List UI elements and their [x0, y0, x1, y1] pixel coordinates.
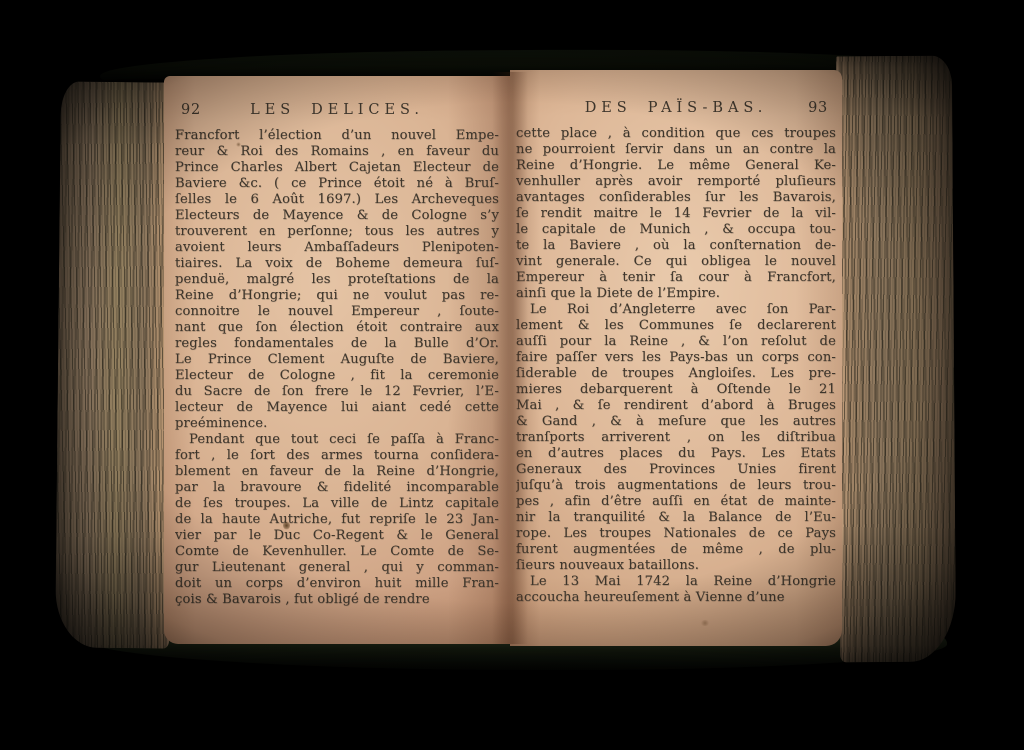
right-page-text: cette place , à condition que ces troupe…	[516, 126, 836, 606]
text-line: preéminence.	[175, 416, 499, 432]
text-line: venhuller après avoir remporté pluſieurs	[516, 174, 836, 190]
text-line: rope. Les troupes Nationales de ce Pays	[516, 526, 836, 542]
text-line: blement en faveur de la Reine d’Hongrie,	[175, 464, 499, 480]
text-line: nant que ſon élection étoit contraire au…	[175, 320, 499, 336]
text-line: ſieurs nouveaux bataillons.	[516, 558, 836, 574]
text-line: mieres debarquerent à Oſtende le 21	[516, 382, 836, 398]
left-running-head: 92 LES DELICES.	[175, 102, 499, 126]
text-line: accoucha heureuſement à Vienne d’une	[516, 590, 836, 606]
text-line: pes , afin d’être auſſi en état de maint…	[516, 494, 836, 510]
text-line: avoient leurs Ambaſſadeurs Plenipoten-	[175, 240, 499, 256]
text-line: connoitre le nouvel Empereur , ſoute-	[175, 304, 499, 320]
text-line: lement & les Communes ſe declarerent	[516, 318, 836, 334]
text-line: Empereur à tenir ſa cour à Francfort,	[516, 270, 836, 286]
text-line: ſe rendit maitre le 14 Fevrier de la vil…	[516, 206, 836, 222]
text-line: tiaires. La voix de Boheme demeura ſuſ-	[175, 256, 499, 272]
right-page: DES PAÏS-BAS. 93 cette place , à conditi…	[510, 70, 842, 646]
text-line: çois & Bavarois , fut obligé de rendre	[175, 592, 499, 608]
page-block-edge-left	[55, 81, 175, 648]
text-line: Pendant que tout ceci ſe paſſa à Franc-	[175, 432, 499, 448]
text-line: du Sacre de ſon frere le 12 Fevrier, l’E…	[175, 384, 499, 400]
text-line: avantages conſiderables ſur les Bavarois…	[516, 190, 836, 206]
book-photograph: 92 LES DELICES. Francfort l’élection d’u…	[0, 0, 1024, 750]
text-line: Le Prince Clement Auguſte de Baviere,	[175, 352, 499, 368]
text-line: regles fondamentales de la Bulle d’Or.	[175, 336, 499, 352]
right-running-head: DES PAÏS-BAS. 93	[516, 100, 836, 124]
text-line: Reine d’Hongrie; qui ne voulut pas re-	[175, 288, 499, 304]
text-line: ſelles le 6 Août 1697.) Les Archeveques	[175, 192, 499, 208]
text-line: & Gand , & à meſure que les autres	[516, 414, 836, 430]
text-line: cette place , à condition que ces troupe…	[516, 126, 836, 142]
text-line: en d’autres places du Pays. Les Etats	[516, 446, 836, 462]
text-line: fort , le ſort des armes tourna conſider…	[175, 448, 499, 464]
text-line: ſiderable de troupes Angloiſes. Les pre-	[516, 366, 836, 382]
text-line: te la Baviere , où la conſternation de-	[516, 238, 836, 254]
text-line: Prince Charles Albert Cajetan Electeur d…	[175, 160, 499, 176]
left-page-text: Francfort l’élection d’un nouvel Empe-re…	[175, 128, 499, 608]
text-line: Francfort l’élection d’un nouvel Empe-	[175, 128, 499, 144]
text-line: faire paſſer vers les Pays-bas un corps …	[516, 350, 836, 366]
text-line: par la bravoure & fidelité incomparable	[175, 480, 499, 496]
text-line: tranſports arriverent , on les diſtribua	[516, 430, 836, 446]
left-running-title: LES DELICES.	[250, 102, 424, 118]
text-line: ne pourroient ſervir dans un an contre l…	[516, 142, 836, 158]
text-line: Generaux des Provinces Unies firent	[516, 462, 836, 478]
text-line: auſſi pour la Reine , & l’on reſolut de	[516, 334, 836, 350]
text-line: Reine d’Hongrie. Le même General Ke-	[516, 158, 836, 174]
right-running-title: DES PAÏS-BAS.	[585, 100, 768, 116]
text-line: Baviere &c. ( ce Prince étoit né à Bruſ-	[175, 176, 499, 192]
left-page-number: 92	[181, 102, 201, 118]
right-page-number: 93	[808, 100, 828, 116]
text-line: Electeurs de Mayence & de Cologne s’y	[175, 208, 499, 224]
text-line: doit un corps d’environ huit mille Fran-	[175, 576, 499, 592]
text-line: vint generale. Ce qui obligea le nouvel	[516, 254, 836, 270]
text-line: penduë, malgré les proteſtations de la	[175, 272, 499, 288]
text-line: nir la tranquilité & la Balance de l’Eu-	[516, 510, 836, 526]
text-line: le capitale de Munich , & occupa tou-	[516, 222, 836, 238]
text-line: furent augmentées de même , de plu-	[516, 542, 836, 558]
text-line: vier par le Duc Co-Regent & le General	[175, 528, 499, 544]
text-line: de la haute Autriche, fut repriſe le 23 …	[175, 512, 499, 528]
page-block-edge-right	[836, 56, 956, 663]
text-line: Le 13 Mai 1742 la Reine d’Hongrie	[516, 574, 836, 590]
left-page: 92 LES DELICES. Francfort l’élection d’u…	[164, 76, 510, 644]
text-line: Electeur de Cologne , fit la ceremonie	[175, 368, 499, 384]
text-line: Le Roi d’Angleterre avec ſon Par-	[516, 302, 836, 318]
text-line: trouverent en perſonne; tous les autres …	[175, 224, 499, 240]
text-line: Comte de Kevenhuller. Le Comte de Se-	[175, 544, 499, 560]
text-line: reur & Roi des Romains , en faveur du	[175, 144, 499, 160]
text-line: juſqu’à trois augmentations de leurs tro…	[516, 478, 836, 494]
text-line: ainſi que la Diete de l’Empire.	[516, 286, 836, 302]
text-line: lecteur de Mayence lui aiant cedé cette	[175, 400, 499, 416]
text-line: Mai , & ſe rendirent d’abord à Bruges	[516, 398, 836, 414]
text-line: de ſes troupes. La ville de Lintz capita…	[175, 496, 499, 512]
text-line: gur Lieutenant general , qui y comman-	[175, 560, 499, 576]
